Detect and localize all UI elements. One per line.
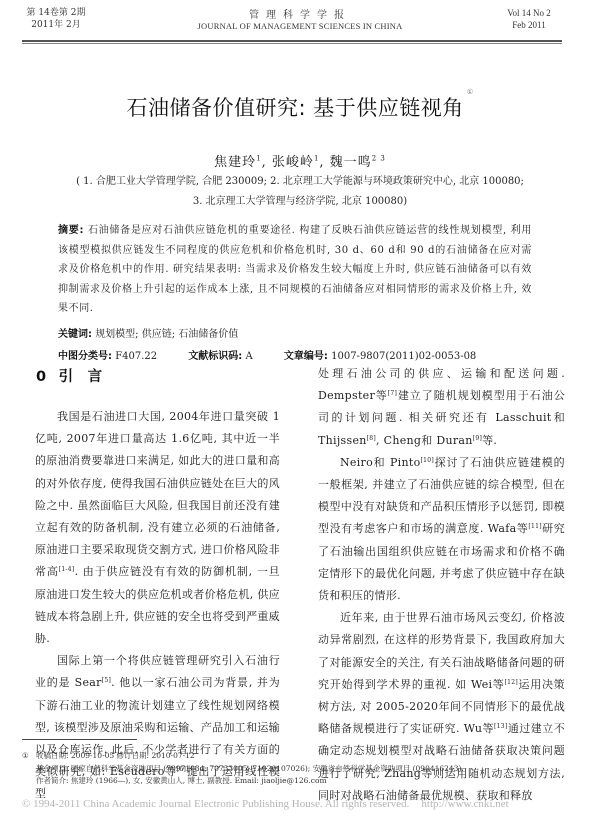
author-affil-mark: 1 <box>256 155 261 163</box>
footnote-divider <box>22 739 137 740</box>
footnote-mark: ① <box>22 750 36 763</box>
article-no-value: 1007-9807(2011)02-0053-08 <box>331 351 476 362</box>
section-title-char: 言 <box>88 369 103 385</box>
citation[interactable]: [10] <box>421 457 435 464</box>
citation[interactable]: [11] <box>528 523 542 530</box>
author-list: 焦建玲1, 张峻岭1, 魏一鸣2 3 <box>0 151 600 170</box>
author-name: 张峻岭 <box>272 155 314 170</box>
article-title-text: 石油储备价值研究: 基于供应链视角 <box>126 96 463 120</box>
paragraph: 处理石油公司的供应、运输和配送问题. Dempster等[7]建立了随机规划模型… <box>318 363 565 452</box>
citation[interactable]: [9] <box>473 435 482 442</box>
article-no-label: 文章编号: <box>284 351 328 362</box>
author-affil-mark: 2 3 <box>372 155 386 163</box>
header-issue: 第 14卷第 2期 <box>21 7 91 19</box>
copyright-watermark: © 1994-2011 China Academic Journal Elect… <box>22 798 582 810</box>
paragraph: Neiro和 Pinto[10]探讨了石油供应链建模的一般框架, 并建立了石油供… <box>318 452 565 607</box>
citation[interactable]: [5] <box>102 677 111 684</box>
paragraph-text: 我国是石油进口大国, 2004年进口量突破 1亿吨, 2007年进口量高达 1.… <box>35 410 280 578</box>
section-number: 0 <box>36 369 47 385</box>
author-affil-mark: 1 <box>314 155 319 163</box>
journal-name-en: JOURNAL OF MANAGEMENT SCIENCES IN CHINA <box>150 21 450 31</box>
classification-line: 中图分类号: F407.22 文献标识码: A 文章编号: 1007-9807(… <box>58 350 538 364</box>
cnki-link[interactable]: http://www.cnki.net <box>421 798 508 810</box>
paragraph-text: . 由于供应链没有有效的防御机制, 一旦原油进口发生较大的供应危机或者价格危机,… <box>35 565 280 645</box>
header-issue-date: 2011年 2月 <box>21 19 91 31</box>
header-journal: 管理科学学报 JOURNAL OF MANAGEMENT SCIENCES IN… <box>150 6 450 31</box>
class-label: 中图分类号: <box>58 351 112 362</box>
keywords-text: 规划模型; 供应链; 石油储备价值 <box>95 329 238 340</box>
article-title: 石油储备价值研究: 基于供应链视角① <box>0 92 600 122</box>
copyright-text: © 1994-2011 China Academic Journal Elect… <box>22 798 409 810</box>
header-issue-info: 第 14卷第 2期 2011年 2月 <box>21 7 91 31</box>
doc-code-value: A <box>246 351 253 362</box>
abstract: 摘要: 石油储备是应对石油供应链危机的重要途径. 构建了反映石油供应链运营的线性… <box>58 221 532 319</box>
author-name: 焦建玲 <box>214 155 256 170</box>
citation[interactable]: [12] <box>505 679 519 686</box>
footnote-author-bio: 作者简介: 焦建玲 (1966—), 女, 安徽黄山人, 博士, 副教授. Em… <box>22 775 582 788</box>
footnote-text: 收稿日期: 2009-10-05 修订日期: 2010-07-12 <box>36 751 195 760</box>
body-left-column: 我国是石油进口大国, 2004年进口量突破 1亿吨, 2007年进口量高达 1.… <box>35 406 280 806</box>
affiliations-line-1: ( 1. 合肥工业大学管理学院, 合肥 230009; 2. 北京理工大学能源与… <box>0 172 600 187</box>
section-heading-introduction: 0引言 <box>36 365 103 386</box>
header-volume-info: Vol 14 No 2 Feb 2011 <box>494 7 564 31</box>
paragraph-text: Neiro和 Pinto <box>340 456 421 469</box>
paragraph-text: 等. <box>482 434 497 447</box>
citation[interactable]: [13] <box>494 723 508 730</box>
footnote-funding: 基金项目: 国家自然科学基金资助项目 (70971034; 70733005; … <box>22 763 582 776</box>
header-volume-date: Feb 2011 <box>494 19 564 31</box>
keywords-label: 关键词: <box>58 329 92 340</box>
body-right-column: 处理石油公司的供应、运输和配送问题. Dempster等[7]建立了随机规划模型… <box>318 363 565 807</box>
header-divider <box>22 40 562 42</box>
header-volume: Vol 14 No 2 <box>494 7 564 19</box>
doc-code-label: 文献标识码: <box>188 351 242 362</box>
journal-name-cn: 管理科学学报 <box>150 6 450 21</box>
class-value: F407.22 <box>115 351 157 362</box>
section-title-char: 引 <box>59 369 74 385</box>
paragraph: 我国是石油进口大国, 2004年进口量突破 1亿吨, 2007年进口量高达 1.… <box>35 406 280 650</box>
abstract-label: 摘要: <box>58 225 84 236</box>
title-footnote-mark[interactable]: ① <box>467 88 474 96</box>
footnotes: ①收稿日期: 2009-10-05 修订日期: 2010-07-12 基金项目:… <box>22 750 582 788</box>
abstract-text: 石油储备是应对石油供应链危机的重要途径. 构建了反映石油供应链运营的线性规划模型… <box>58 225 532 314</box>
citation[interactable]: [1-4] <box>59 566 75 573</box>
author-name: 魏一鸣 <box>330 155 372 170</box>
footnote-dates: ①收稿日期: 2009-10-05 修订日期: 2010-07-12 <box>22 750 582 763</box>
header-divider-thin <box>22 43 562 44</box>
citation[interactable]: [7] <box>388 390 397 397</box>
paragraph-text: , Cheng和 Duran <box>376 434 473 447</box>
affiliations-line-2: 3. 北京理工大学管理与经济学院, 北京 100080) <box>0 192 600 207</box>
citation[interactable]: [8] <box>367 435 376 442</box>
keywords: 关键词: 规划模型; 供应链; 石油储备价值 <box>58 328 238 342</box>
